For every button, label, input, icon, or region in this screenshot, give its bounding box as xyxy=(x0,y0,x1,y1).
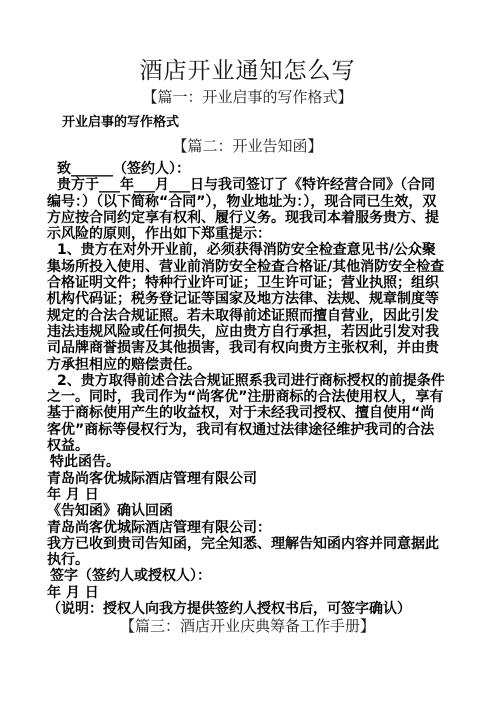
letter-paragraph-closing: 特此函告。 xyxy=(47,454,448,470)
document-page: 酒店开业通知怎么写 【篇一：开业启事的写作格式】 开业启事的写作格式 【篇二：开… xyxy=(0,0,496,702)
letter-paragraph-reply-title: 《告知函》确认回函 xyxy=(47,503,448,519)
letter-paragraph-item2: 2、贵方取得前述合法合规证照系我司进行商标授权的前提条件之一。同时，我司作为“尚… xyxy=(47,373,448,454)
notice-letter-body: 致______（签约人）： 贵方于___年___月___日与我司签订了《特许经营… xyxy=(47,161,448,617)
letter-paragraph-item1: 1、贵方在对外开业前，必须获得消防安全检查意见书/公众聚集场所投入使用、营业前消… xyxy=(47,242,448,372)
section-heading-part2: 【篇二：开业告知函】 xyxy=(47,137,448,156)
subheading-writing-format: 开业启事的写作格式 xyxy=(47,115,448,131)
letter-paragraph-company: 青岛尚客优城际酒店管理有限公司 xyxy=(47,471,448,487)
section-heading-part1: 【篇一：开业启事的写作格式】 xyxy=(47,88,448,107)
letter-paragraph-reply-body: 我方已收到贵司告知函，完全知悉、理解告知函内容并同意据此执行。 xyxy=(47,536,448,569)
letter-paragraph-signature: 签字（签约人或授权人）： xyxy=(47,568,448,584)
letter-paragraph-reply-addressee: 青岛尚客优城际酒店管理有限公司： xyxy=(47,520,448,536)
page-title: 酒店开业通知怎么写 xyxy=(47,56,448,86)
letter-paragraph-note: （说明：授权人向我方提供签约人授权书后，可签字确认） xyxy=(47,601,448,617)
letter-paragraph-reply-date: 年 月 日 xyxy=(47,585,448,601)
section-heading-part3: 【篇三：酒店开业庆典筹备工作手册】 xyxy=(47,617,448,636)
letter-paragraph-date: 年 月 日 xyxy=(47,487,448,503)
letter-paragraph-salutation: 致______（签约人）： xyxy=(47,161,448,177)
letter-paragraph-intro: 贵方于___年___月___日与我司签订了《特许经营合同》（合同编号：）（以下简… xyxy=(47,177,448,242)
